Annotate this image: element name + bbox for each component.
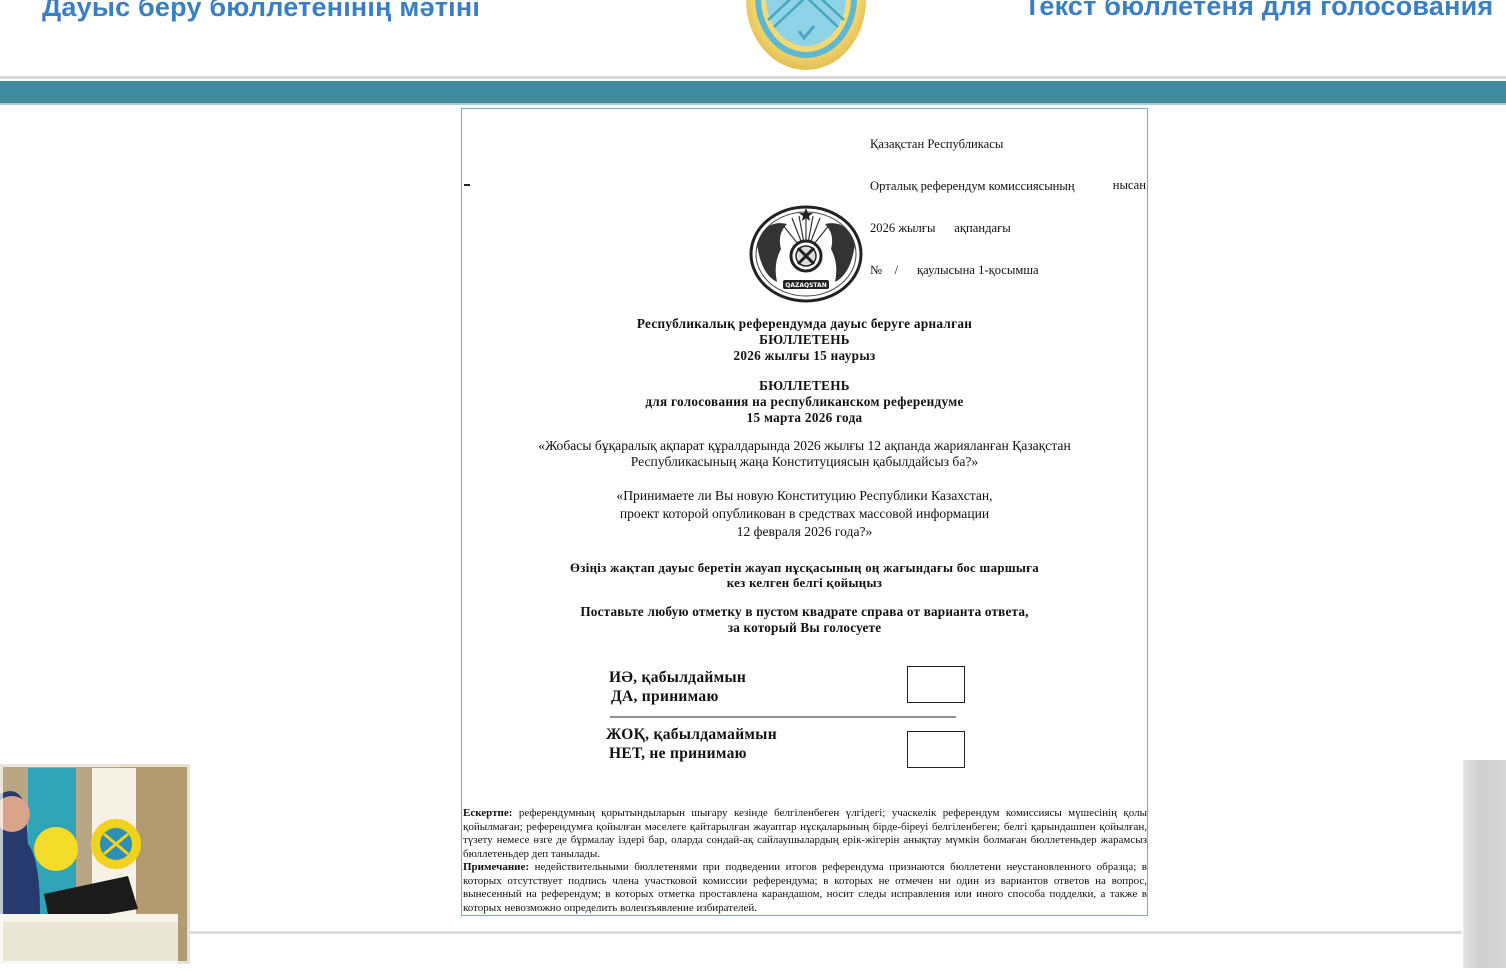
- ballot-header-kz: Республикалық референдумда дауыс беруге …: [462, 316, 1147, 364]
- header-line: 2026 жылғы 15 наурыз: [462, 348, 1147, 364]
- option-yes-label: ИӘ, қабылдаймын ДА, принимаю: [609, 668, 746, 706]
- coat-of-arms-icon: QAZAQSTAN: [747, 204, 865, 304]
- instruction-line: за который Вы голосуете: [462, 620, 1147, 636]
- slide-title-kz: Дауыс беру бюллетенінің мәтіні: [42, 0, 480, 23]
- instruction-line: Поставьте любую отметку в пустом квадрат…: [462, 604, 1147, 620]
- option-no-label: ЖОҚ, қабылдамаймын НЕТ, не принимаю: [606, 725, 777, 763]
- commission-emblem-icon: [744, 0, 868, 72]
- note-kz: Ескертпе: референдумның қорытындыларын ш…: [463, 807, 1147, 861]
- option-no-checkbox[interactable]: [907, 731, 965, 768]
- slide-title-ru: Текст бюллетеня для голосования: [1024, 0, 1493, 22]
- appendix-stamp: Қазақстан Республикасы Орталық референду…: [870, 109, 1075, 305]
- option-text-kz: ИӘ, қабылдаймын: [609, 668, 746, 687]
- ballot-document: Қазақстан Республикасы Орталық референду…: [461, 108, 1148, 916]
- stamp-line: Қазақстан Республикасы: [870, 137, 1075, 151]
- header-line: БЮЛЛЕТЕНЬ: [462, 332, 1147, 348]
- instruction-line: кез келген белгі қойыңыз: [462, 576, 1147, 591]
- question-line: «Принимаете ли Вы новую Конституцию Респ…: [462, 487, 1147, 505]
- note-ru-text: недействительными бюллетенями при подвед…: [463, 861, 1147, 914]
- header-band-underline: [0, 103, 1506, 105]
- header-band: [0, 81, 1506, 103]
- question-line: «Жобасы бұқаралық ақпарат құралдарында 2…: [462, 438, 1147, 454]
- form-label: нысан: [1113, 178, 1146, 193]
- option-text-ru: ДА, принимаю: [609, 687, 746, 706]
- stamp-line: № / қаулысына 1-қосымша: [870, 263, 1075, 277]
- option-yes-checkbox[interactable]: [907, 666, 965, 703]
- stamp-line: 2026 жылғы ақпандағы: [870, 221, 1075, 235]
- svg-text:QAZAQSTAN: QAZAQSTAN: [785, 282, 826, 289]
- note-ru-label: Примечание:: [463, 861, 529, 873]
- ballot-notes: Ескертпе: референдумның қорытындыларын ш…: [463, 807, 1147, 915]
- speaker-video-inset: [0, 764, 190, 964]
- header-line: 15 марта 2026 года: [462, 410, 1147, 426]
- header-line: БЮЛЛЕТЕНЬ: [462, 378, 1147, 394]
- note-kz-label: Ескертпе:: [463, 807, 512, 819]
- note-ru: Примечание: недействительными бюллетеням…: [463, 861, 1147, 915]
- side-video-panel: [1463, 760, 1506, 968]
- question-line: проект которой опубликован в средствах м…: [462, 505, 1147, 523]
- header-line: Республикалық референдумда дауыс беруге …: [462, 316, 1147, 332]
- header-divider: [0, 76, 1506, 79]
- option-text-ru: НЕТ, не принимаю: [606, 744, 777, 763]
- instruction-line: Өзіңіз жақтап дауыс беретін жауап нұсқас…: [462, 561, 1147, 576]
- question-kz: «Жобасы бұқаралық ақпарат құралдарында 2…: [462, 438, 1147, 470]
- instruction-kz: Өзіңіз жақтап дауыс беретін жауап нұсқас…: [462, 561, 1147, 591]
- margin-mark: [464, 184, 470, 186]
- header-line: для голосования на республиканском рефер…: [462, 394, 1147, 410]
- question-line: 12 февраля 2026 года?»: [462, 523, 1147, 541]
- footer-divider: [190, 931, 1462, 934]
- instruction-ru: Поставьте любую отметку в пустом квадрат…: [462, 604, 1147, 636]
- question-line: Республикасының жаңа Конституциясын қабы…: [462, 454, 1147, 470]
- stamp-line: Орталық референдум комиссиясының: [870, 179, 1075, 193]
- note-kz-text: референдумның қорытындыларын шығару кезі…: [463, 807, 1147, 860]
- option-text-kz: ЖОҚ, қабылдамаймын: [606, 725, 777, 744]
- question-ru: «Принимаете ли Вы новую Конституцию Респ…: [462, 487, 1147, 541]
- ballot-header-ru: БЮЛЛЕТЕНЬ для голосования на республикан…: [462, 378, 1147, 426]
- option-divider: [610, 716, 956, 718]
